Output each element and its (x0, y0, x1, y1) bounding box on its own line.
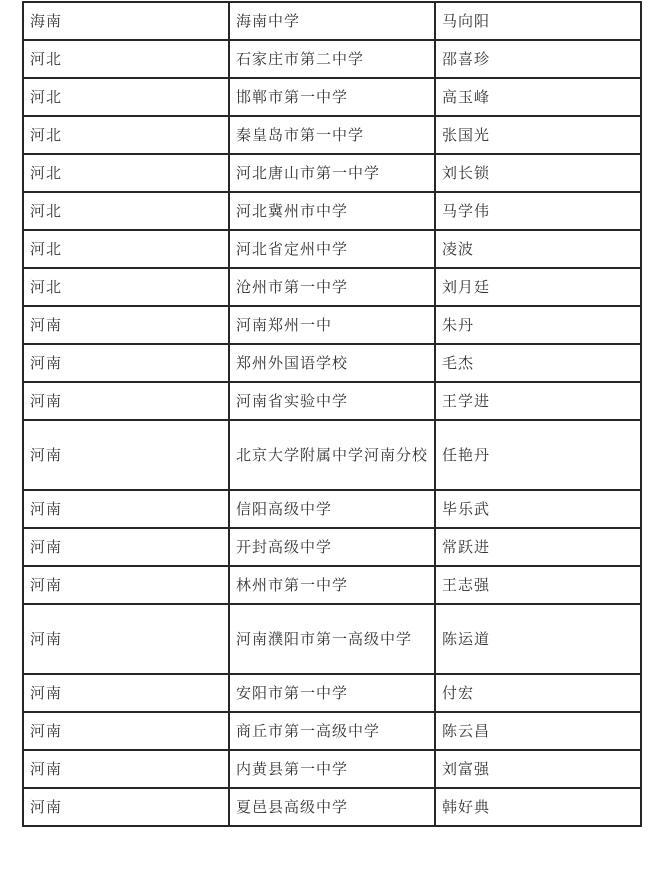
table-row: 河南 河南郑州一中 朱丹 (23, 306, 641, 344)
name-cell: 高玉峰 (435, 78, 641, 116)
name-cell: 朱丹 (435, 306, 641, 344)
table-row: 河南 北京大学附属中学河南分校 任艳丹 (23, 420, 641, 490)
school-cell: 邯郸市第一中学 (229, 78, 435, 116)
name-cell: 刘富强 (435, 750, 641, 788)
name-cell: 毕乐武 (435, 490, 641, 528)
table-row: 河北 邯郸市第一中学 高玉峰 (23, 78, 641, 116)
province-cell: 河南 (23, 674, 229, 712)
province-cell: 河南 (23, 490, 229, 528)
province-cell: 河南 (23, 788, 229, 826)
table-row: 海南 海南中学 马向阳 (23, 2, 641, 40)
name-cell: 王学进 (435, 382, 641, 420)
table-row: 河南 夏邑县高级中学 韩好典 (23, 788, 641, 826)
province-cell: 河北 (23, 154, 229, 192)
table-row: 河北 秦皇岛市第一中学 张国光 (23, 116, 641, 154)
table-row: 河南 安阳市第一中学 付宏 (23, 674, 641, 712)
school-cell: 海南中学 (229, 2, 435, 40)
province-cell: 河南 (23, 604, 229, 674)
teacher-list-table-container: 海南 海南中学 马向阳 河北 石家庄市第二中学 邵喜珍 河北 邯郸市第一中学 高… (22, 1, 642, 827)
school-cell: 河南濮阳市第一高级中学 (229, 604, 435, 674)
province-cell: 河北 (23, 116, 229, 154)
table-row: 河北 河北冀州市中学 马学伟 (23, 192, 641, 230)
school-cell: 开封高级中学 (229, 528, 435, 566)
province-cell: 河南 (23, 566, 229, 604)
province-cell: 河南 (23, 382, 229, 420)
school-cell: 内黄县第一中学 (229, 750, 435, 788)
school-cell: 秦皇岛市第一中学 (229, 116, 435, 154)
school-cell: 沧州市第一中学 (229, 268, 435, 306)
table-row: 河南 商丘市第一高级中学 陈云昌 (23, 712, 641, 750)
province-cell: 河南 (23, 750, 229, 788)
name-cell: 常跃进 (435, 528, 641, 566)
table-row: 河北 河北唐山市第一中学 刘长锁 (23, 154, 641, 192)
province-cell: 河南 (23, 306, 229, 344)
name-cell: 付宏 (435, 674, 641, 712)
school-cell: 河南郑州一中 (229, 306, 435, 344)
name-cell: 韩好典 (435, 788, 641, 826)
school-cell: 商丘市第一高级中学 (229, 712, 435, 750)
province-cell: 河北 (23, 192, 229, 230)
province-cell: 河北 (23, 40, 229, 78)
table-row: 河南 河南省实验中学 王学进 (23, 382, 641, 420)
province-cell: 河南 (23, 420, 229, 490)
name-cell: 陈云昌 (435, 712, 641, 750)
school-cell: 郑州外国语学校 (229, 344, 435, 382)
name-cell: 马学伟 (435, 192, 641, 230)
school-cell: 河北唐山市第一中学 (229, 154, 435, 192)
province-cell: 河南 (23, 344, 229, 382)
name-cell: 邵喜珍 (435, 40, 641, 78)
school-cell: 河北省定州中学 (229, 230, 435, 268)
name-cell: 毛杰 (435, 344, 641, 382)
name-cell: 陈运道 (435, 604, 641, 674)
table-row: 河南 郑州外国语学校 毛杰 (23, 344, 641, 382)
teacher-list-table: 海南 海南中学 马向阳 河北 石家庄市第二中学 邵喜珍 河北 邯郸市第一中学 高… (22, 1, 642, 827)
name-cell: 任艳丹 (435, 420, 641, 490)
table-row: 河北 沧州市第一中学 刘月廷 (23, 268, 641, 306)
school-cell: 河北冀州市中学 (229, 192, 435, 230)
school-cell: 林州市第一中学 (229, 566, 435, 604)
name-cell: 凌波 (435, 230, 641, 268)
name-cell: 张国光 (435, 116, 641, 154)
province-cell: 河北 (23, 78, 229, 116)
school-cell: 安阳市第一中学 (229, 674, 435, 712)
province-cell: 河南 (23, 528, 229, 566)
school-cell: 北京大学附属中学河南分校 (229, 420, 435, 490)
school-cell: 夏邑县高级中学 (229, 788, 435, 826)
province-cell: 河北 (23, 230, 229, 268)
school-cell: 信阳高级中学 (229, 490, 435, 528)
table-row: 河南 林州市第一中学 王志强 (23, 566, 641, 604)
school-cell: 河南省实验中学 (229, 382, 435, 420)
table-row: 河南 开封高级中学 常跃进 (23, 528, 641, 566)
table-row: 河南 信阳高级中学 毕乐武 (23, 490, 641, 528)
table-row: 河南 河南濮阳市第一高级中学 陈运道 (23, 604, 641, 674)
province-cell: 河南 (23, 712, 229, 750)
name-cell: 刘长锁 (435, 154, 641, 192)
name-cell: 刘月廷 (435, 268, 641, 306)
table-row: 河南 内黄县第一中学 刘富强 (23, 750, 641, 788)
province-cell: 河北 (23, 268, 229, 306)
table-row: 河北 石家庄市第二中学 邵喜珍 (23, 40, 641, 78)
school-cell: 石家庄市第二中学 (229, 40, 435, 78)
name-cell: 王志强 (435, 566, 641, 604)
name-cell: 马向阳 (435, 2, 641, 40)
province-cell: 海南 (23, 2, 229, 40)
table-row: 河北 河北省定州中学 凌波 (23, 230, 641, 268)
